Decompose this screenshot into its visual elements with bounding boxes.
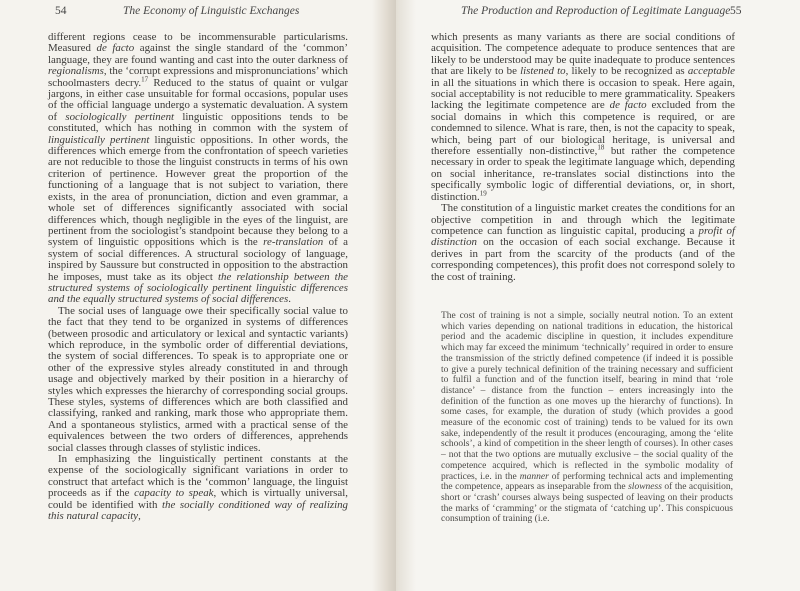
footnote-ref: 17: [141, 75, 148, 83]
italic-emphasis: slowness: [628, 482, 662, 492]
italic-emphasis: capacity to speak: [134, 487, 213, 499]
italic-emphasis: manner: [520, 472, 549, 482]
italic-emphasis: sociologically pertinent: [65, 111, 174, 123]
left-page: 54 The Economy of Linguistic Exchanges d…: [0, 0, 388, 591]
left-running-head: The Economy of Linguistic Exchanges: [123, 5, 299, 17]
italic-emphasis: de facto: [610, 99, 647, 111]
note-paragraph: The cost of training is not a simple, so…: [441, 311, 733, 525]
italic-emphasis: listened to: [520, 65, 566, 77]
paragraph: which presents as many variants as there…: [431, 32, 735, 203]
extended-note: The cost of training is not a simple, so…: [441, 311, 733, 525]
italic-emphasis: regionalisms: [48, 65, 104, 77]
italic-emphasis: profit of distinction: [431, 225, 735, 248]
italic-emphasis: de facto: [97, 42, 135, 54]
right-body-text: which presents as many variants as there…: [431, 32, 735, 283]
right-page-number: 55: [730, 5, 742, 17]
left-page-number: 54: [55, 5, 67, 17]
right-running-head: The Production and Reproduction of Legit…: [461, 5, 730, 17]
left-body-text: different regions cease to be incommensu…: [48, 32, 348, 522]
italic-emphasis: the socially conditioned way of realizin…: [48, 499, 348, 522]
book-gutter-highlight: [396, 0, 416, 591]
italic-emphasis: acceptable: [688, 65, 735, 77]
paragraph: different regions cease to be incommensu…: [48, 32, 348, 306]
right-page: The Production and Reproduction of Legit…: [398, 0, 800, 591]
italic-emphasis: the relationship between the structured …: [48, 271, 348, 306]
footnote-ref: 18: [597, 143, 604, 151]
paragraph: The constitution of a linguistic market …: [431, 203, 735, 283]
book-gutter-shadow: [372, 0, 396, 591]
italic-emphasis: linguistically pertinent: [48, 134, 149, 146]
paragraph: The social uses of language owe their sp…: [48, 306, 348, 454]
paragraph: In emphasizing the linguistically pertin…: [48, 454, 348, 522]
italic-emphasis: re-translation: [263, 236, 323, 248]
footnote-ref: 19: [480, 189, 487, 197]
